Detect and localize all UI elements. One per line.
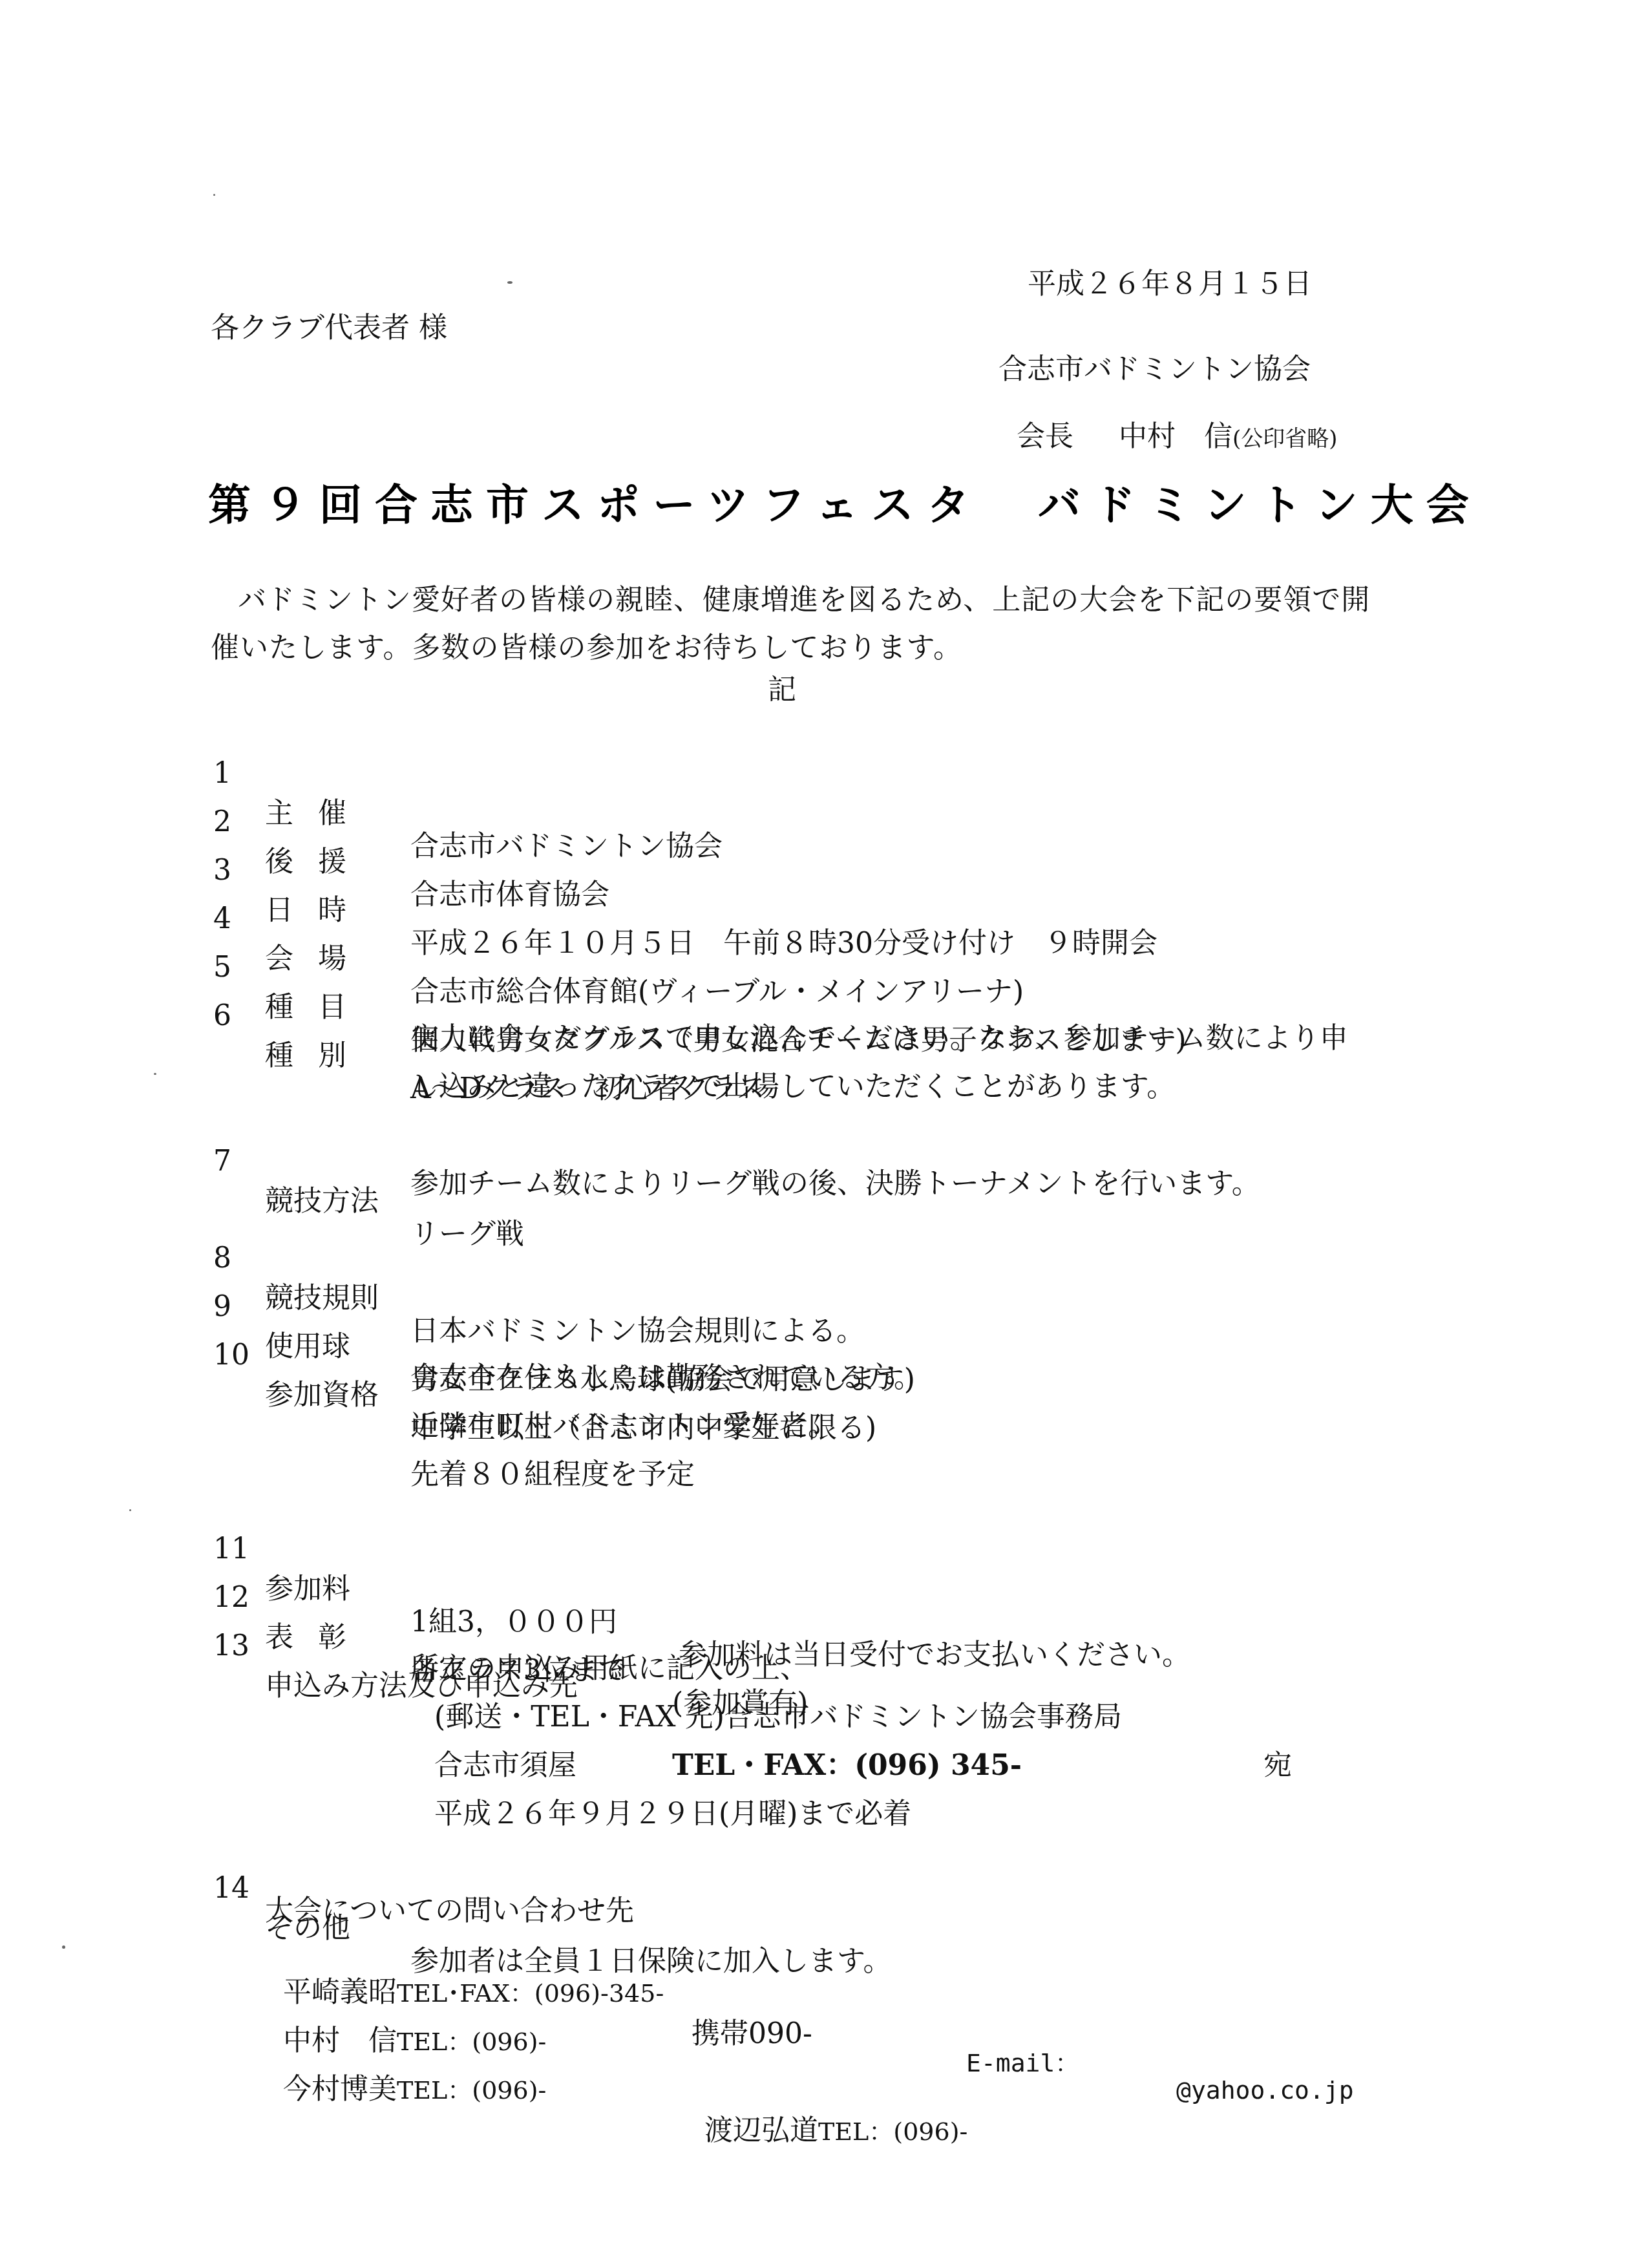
item-6-note-1: 実力に合ったクラスで申し込んでください。なお、参加チーム数により申 xyxy=(410,1015,1348,1056)
item-value: 合志市体育協会 xyxy=(410,871,609,913)
ki-heading: 記 xyxy=(768,676,796,705)
item-10-note-1: 合志市在住もしくは勤務されている方。 xyxy=(410,1354,922,1395)
item-label: 使用球 xyxy=(265,1323,350,1364)
contact-row-3: 今村博美TEL：(096)- 渡辺弘道TEL：(096)- xyxy=(265,2033,1170,2140)
scan-speck xyxy=(62,1945,65,1949)
item-7: 7 競技方法 リーグ戦 xyxy=(213,1112,231,1150)
item-label: 主催 xyxy=(265,790,371,831)
page-title: 第９回合志市スポーツフェスタ バドミントン大会 xyxy=(208,471,1482,532)
item-value: 1組3，０００円 xyxy=(410,1598,617,1640)
item-6-note-2: し込みと違ったクラスで出場していただくことがあります。 xyxy=(410,1063,1175,1105)
item-6: 6 種別 A～Dクラス 初心者クラス xyxy=(213,966,231,1005)
item-9: 9 使用球 男女全クラス水鳥球(協会で用意します) xyxy=(213,1257,231,1296)
item-13-note: 所定の申込み用紙に記入の上、 xyxy=(410,1645,808,1686)
item-12: 12 表彰 各クラス3位まで (参加賞有) xyxy=(213,1548,231,1587)
item-label: 参加料 xyxy=(265,1565,350,1607)
item-13: 13 申込み方法及び申込み先 xyxy=(213,1596,231,1635)
sender-name: 中村 信 xyxy=(1119,420,1232,453)
inquiry-heading: 大会についての問い合わせ先 xyxy=(265,1887,634,1929)
item-label: 表彰 xyxy=(265,1614,371,1655)
item-14: 14 その他 参加者は全員１日保険に加入します。 xyxy=(213,1839,231,1878)
scan-speck xyxy=(507,281,512,284)
item-7-note: 参加チーム数によりリーグ戦の後、決勝トーナメントを行います。 xyxy=(410,1160,1260,1202)
item-13-telfax: TEL・FAX：(096) 345- xyxy=(672,1742,1022,1783)
scan-speck xyxy=(213,194,215,196)
sender-title: 会長 xyxy=(1017,420,1073,453)
seal-note: (公印省略) xyxy=(1232,426,1338,452)
item-label: 会場 xyxy=(265,935,371,977)
contact-email-domain[interactable]: @yahoo.co.jp xyxy=(1176,2076,1354,2104)
item-label: 参加資格 xyxy=(265,1372,379,1413)
item-13-deadline: 平成２６年９月２９日(月曜)まで必着 xyxy=(434,1790,911,1832)
contact-row-3b: 渡辺弘道TEL：(096)- xyxy=(704,2107,967,2148)
item-value: 合志市バドミントン協会 xyxy=(410,823,723,864)
intro-line-1: バドミントン愛好者の皆様の親睦、健康増進を図るため、上記の大会を下記の要領で開 xyxy=(238,577,1370,618)
item-number: 14 xyxy=(213,1872,259,1905)
item-label: 後援 xyxy=(265,838,371,880)
item-13-office: (郵送・TEL・FAX 先)合志市バドミントン協会事務局 xyxy=(434,1693,1122,1735)
item-value: 平成２６年１０月５日 午前８時30分受け付け ９時開会 xyxy=(410,920,1157,961)
item-label: 競技規則 xyxy=(265,1275,379,1316)
item-5: 5 種目 個人戦男女ダブルス（男女混合チームは男子クラスとします) xyxy=(213,918,231,957)
item-10-note-3: 先着８０組程度を予定 xyxy=(410,1451,695,1492)
contact-name: 渡辺弘道 xyxy=(704,2114,818,2147)
contact-name: 今村博美 xyxy=(283,2073,397,2106)
item-10-note-2: 近隣市町村バドミントン愛好者。 xyxy=(410,1403,836,1444)
scan-speck xyxy=(129,1509,131,1511)
scan-speck xyxy=(154,1073,156,1075)
sender-line: 会長中村 信(公印省略) xyxy=(998,394,1338,451)
item-number: 10 xyxy=(213,1339,259,1372)
item-value: 日本バドミントン協会規則による。 xyxy=(410,1308,865,1349)
item-13-address: 合志市須屋 xyxy=(434,1742,576,1783)
item-value: リーグ戦 xyxy=(410,1211,524,1252)
contact-tel: TEL：(096)- xyxy=(397,2076,546,2104)
item-8: 8 競技規則 日本バドミントン協会規則による。 xyxy=(213,1209,231,1247)
contact-tel: TEL：(096)- xyxy=(818,2117,967,2146)
item-10: 10 参加資格 中学生以上（合志市内中学生に限る) xyxy=(213,1306,231,1344)
item-label: 競技方法 xyxy=(265,1178,379,1219)
sender-org: 合志市バドミントン協会 xyxy=(998,355,1311,384)
intro-line-2: 催いたします。多数の皆様の参加をお待ちしております。 xyxy=(211,624,962,666)
item-2: 2 後援 合志市体育協会 xyxy=(213,772,231,811)
document-date: 平成２６年８月１５日 xyxy=(1028,270,1312,299)
item-number: 6 xyxy=(213,999,259,1032)
recipient: 各クラブ代表者 様 xyxy=(211,314,447,343)
item-13-ate: 宛 xyxy=(1263,1742,1292,1783)
item-label: 種目 xyxy=(265,984,371,1025)
item-3: 3 日時 平成２６年１０月５日 午前８時30分受け付け ９時開会 xyxy=(213,821,231,860)
item-number: 13 xyxy=(213,1629,259,1662)
item-value: 合志市総合体育館(ヴィーブル・メインアリーナ) xyxy=(410,968,1024,1010)
item-11: 11 参加料 1組3，０００円 参加料は当日受付でお支払いください。 xyxy=(213,1500,231,1538)
item-label: 日時 xyxy=(265,887,371,928)
item-4: 4 会場 合志市総合体育館(ヴィーブル・メインアリーナ) xyxy=(213,869,231,908)
item-label: 種別 xyxy=(265,1032,371,1074)
item-number: 7 xyxy=(213,1145,259,1178)
item-1: 1 主催 合志市バドミントン協会 xyxy=(213,724,231,763)
